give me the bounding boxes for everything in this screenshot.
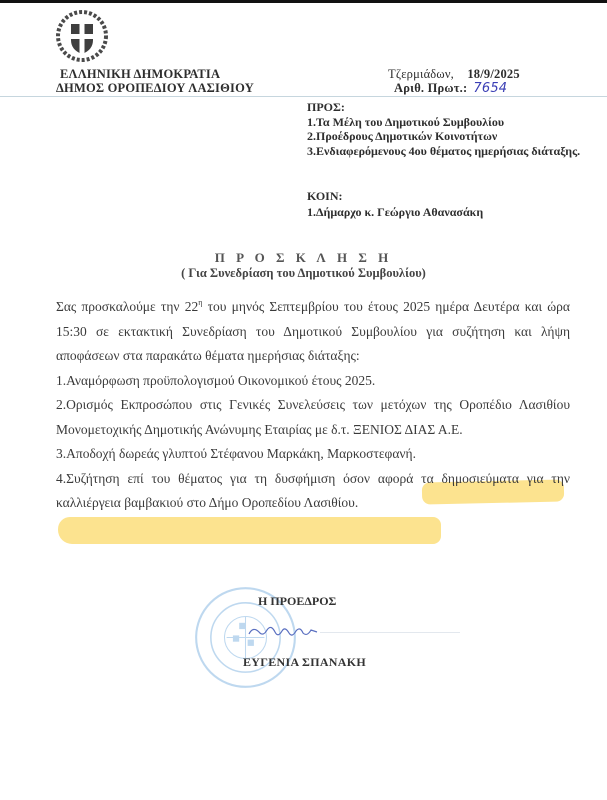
document-title: Π Ρ Ο Σ Κ Λ Η Σ Η <box>0 250 607 266</box>
municipality-heading: ΔΗΜΟΣ ΟΡΟΠΕΔΙΟΥ ΛΑΣΙΘΙΟΥ <box>56 81 254 96</box>
protocol-label: Αριθ. Πρωτ.: <box>394 81 467 95</box>
recipient-item: 2.Προέδρους Δημοτικών Κοινοτήτων <box>307 129 597 144</box>
recipients-block: ΠΡΟΣ: 1.Τα Μέλη του Δημοτικού Συμβουλίου… <box>307 100 597 158</box>
recipients-label: ΠΡΟΣ: <box>307 100 597 115</box>
republic-heading: ΕΛΛΗΝΙΚΗ ΔΗΜΟΚΡΑΤΙΑ <box>60 67 220 82</box>
letter-body: Σας προσκαλούμε την 22η του μηνός Σεπτεμ… <box>56 291 570 516</box>
recipient-item: 3.Ενδιαφερόμενους 4ου θέματος ημερήσιας … <box>307 144 597 159</box>
highlighter-mark <box>58 517 441 544</box>
scan-artifact-line <box>0 96 607 97</box>
signatory-name: ΕΥΓΕΝΙΑ ΣΠΑΝΑΚΗ <box>243 655 366 670</box>
recipient-item: 1.Τα Μέλη του Δημοτικού Συμβουλίου <box>307 115 597 130</box>
cc-item: 1.Δήμαρχο κ. Γεώργιο Αθανασάκη <box>307 204 483 220</box>
date: 18/9/2025 <box>467 67 520 81</box>
signatory-role: Η ΠΡΟΕΔΡΟΣ <box>258 594 336 609</box>
protocol: Αριθ. Πρωτ.:7654 <box>394 81 507 96</box>
agenda-item: 3.Αποδοχή δωρεάς γλυπτού Στέφανου Μαρκάκ… <box>56 442 570 467</box>
agenda-item: 1.Αναμόρφωση προϋπολογισμού Οικονομικού … <box>56 369 570 394</box>
scan-top-border <box>0 0 607 3</box>
cc-label: ΚΟΙΝ: <box>307 188 483 204</box>
intro-paragraph: Σας προσκαλούμε την 22η του μηνός Σεπτεμ… <box>56 291 570 369</box>
protocol-number: 7654 <box>473 81 507 96</box>
document-subtitle: ( Για Συνεδρίαση του Δημοτικού Συμβουλίο… <box>0 266 607 281</box>
scan-artifact-line <box>320 632 460 633</box>
cc-block: ΚΟΙΝ: 1.Δήμαρχο κ. Γεώργιο Αθανασάκη <box>307 188 483 220</box>
handwritten-signature-icon <box>245 622 320 642</box>
place-date: Τζερμιάδων, 18/9/2025 <box>388 67 520 82</box>
place: Τζερμιάδων, <box>388 67 454 81</box>
agenda-item: 4.Συζήτηση επί του θέματος για τη δυσφήμ… <box>56 467 570 516</box>
greek-coat-of-arms-icon <box>56 10 108 62</box>
agenda-item: 2.Ορισμός Εκπροσώπου στις Γενικές Συνελε… <box>56 393 570 442</box>
